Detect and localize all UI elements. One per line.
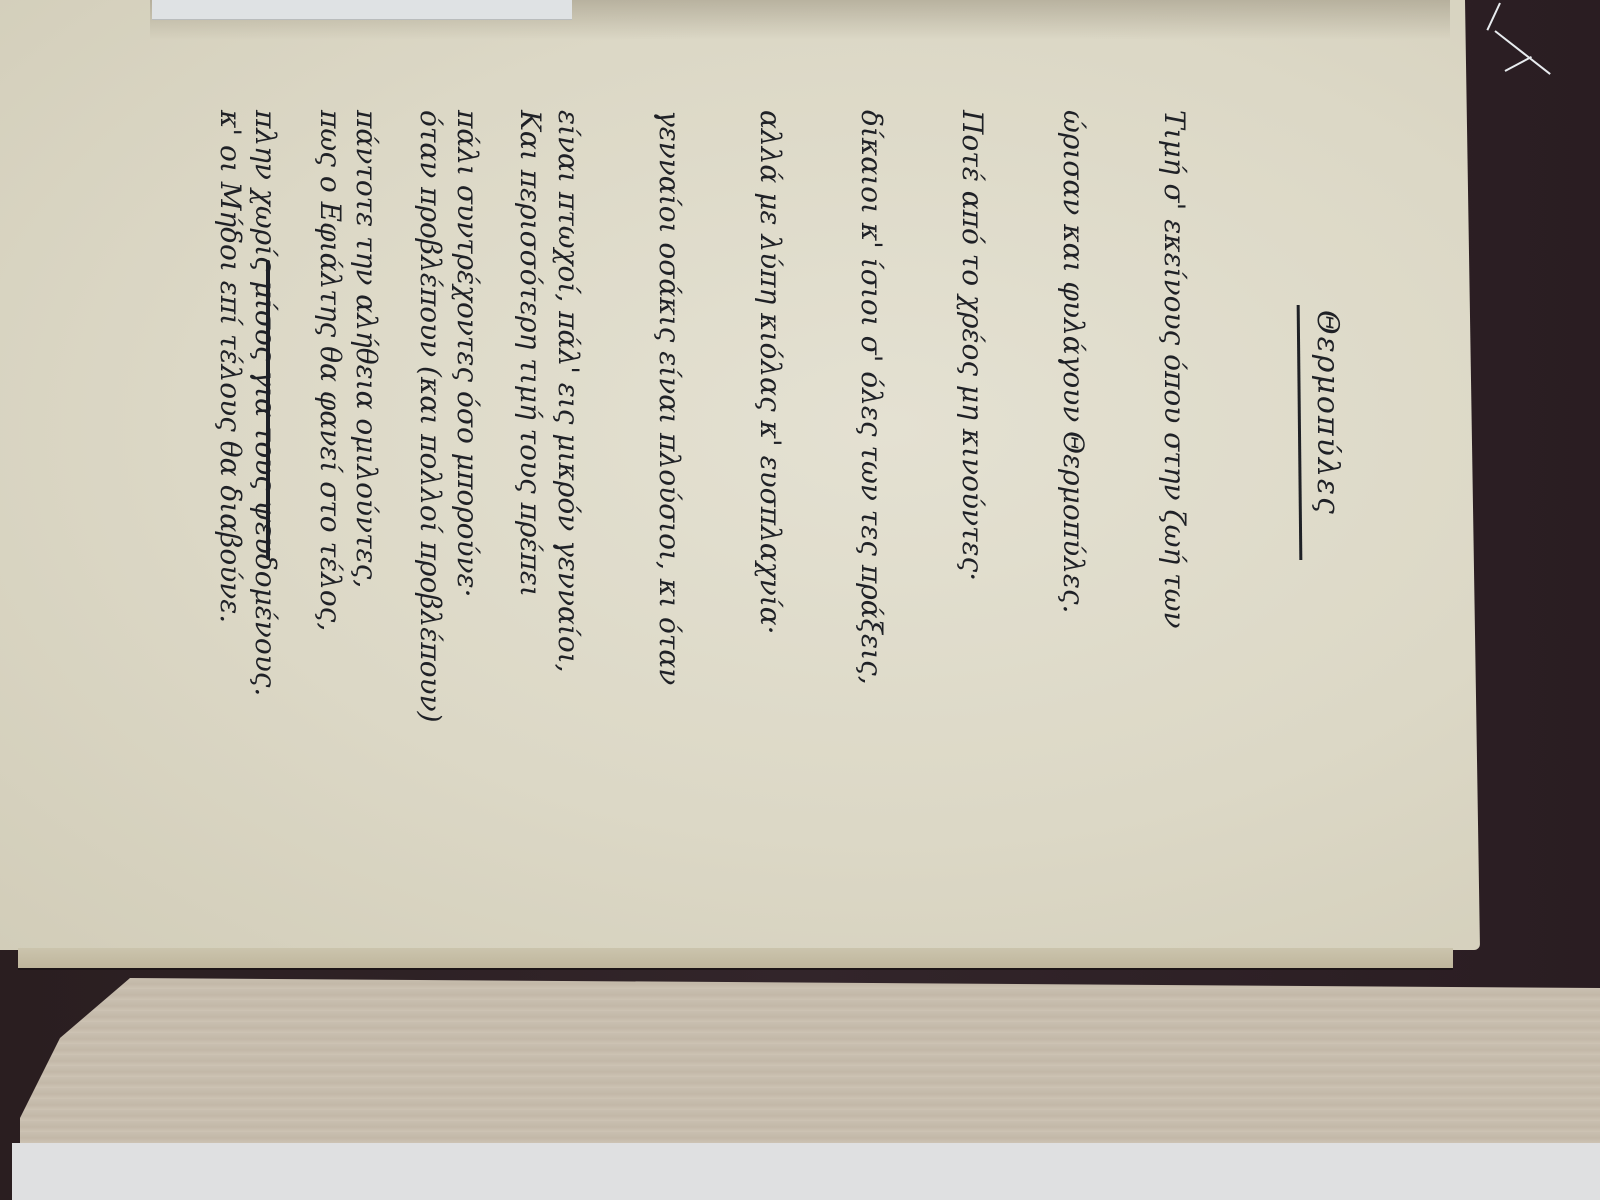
photo-scene: Θερμοπύλες Τιμή σ' εκείνους όπου στην ζω… xyxy=(0,0,1600,1200)
lower-book-block xyxy=(20,978,1600,1153)
title-underline xyxy=(1297,305,1303,560)
poem-line: πως ο Εφιάλτης θα φανεί στο τέλος, xyxy=(280,110,380,723)
binding-thread xyxy=(1505,56,1532,72)
poem-line: όταν προβλέπουν (και πολλοί προβλέπουν) xyxy=(380,110,480,723)
poem-line: δίκαιοι κ' ίσιοι σ' όλες των τες πράξεις… xyxy=(821,110,922,696)
poem-line: κ' οι Μήδοι επί τέλους θα διαβούνε. xyxy=(180,110,280,723)
poem-title: Θερμοπύλες xyxy=(1310,310,1345,516)
paper-slip xyxy=(152,0,572,20)
page-stack-edge xyxy=(18,948,1453,970)
binding-thread xyxy=(1486,3,1500,31)
poem-line: γενναίοι οσάκις είναι πλούσιοι, κι όταν xyxy=(619,110,720,696)
poem-line: Ποτέ από το χρέος μη κινούντες· xyxy=(922,110,1023,696)
bottom-paper-sheet xyxy=(12,1143,1600,1200)
poem-line: Τιμή σ' εκείνους όπου στην ζωή των xyxy=(1124,110,1225,696)
handwritten-text-block: Θερμοπύλες Τιμή σ' εκείνους όπου στην ζω… xyxy=(245,110,1345,870)
poem-line: ώρισαν και φυλάγουν Θερμοπύλες. xyxy=(1023,110,1124,696)
end-divider-line xyxy=(266,260,270,560)
stanza-2: Και περισσότερη τιμή τους πρέπει όταν πρ… xyxy=(180,110,580,723)
poem-line: αλλά με λύπη κιόλας κ' ευσπλαχνία· xyxy=(720,110,821,696)
poem-line: Και περισσότερη τιμή τους πρέπει xyxy=(480,110,580,723)
book-page: Θερμοπύλες Τιμή σ' εκείνους όπου στην ζω… xyxy=(0,0,1480,950)
binding-thread xyxy=(1494,30,1550,75)
